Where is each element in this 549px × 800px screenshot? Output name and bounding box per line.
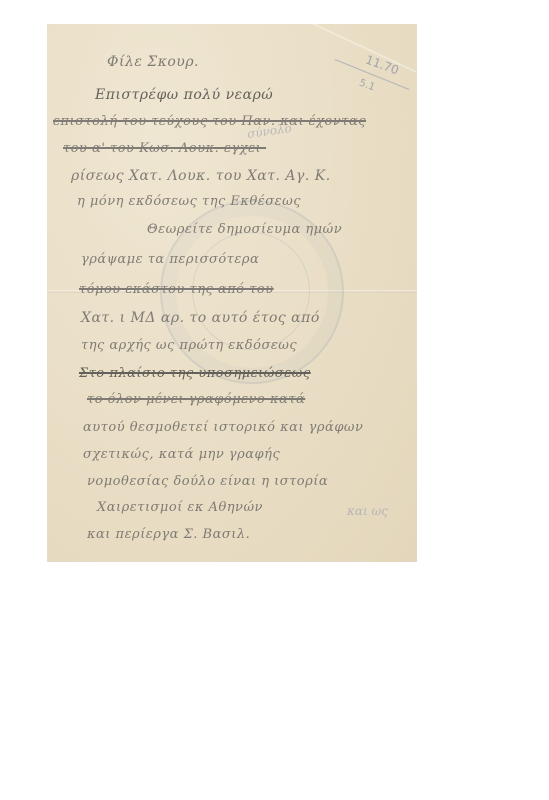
letter-line-11: Στο πλαίσιο της υποσημειώσεως [79, 366, 311, 381]
struck-word: Στο πλαίσιο της υποσημειώσεως [79, 366, 311, 381]
letter-line-9: Χατ. ι ΜΔ αρ. το αυτό έτος από [81, 310, 320, 326]
letter-line-6: Θεωρείτε δημοσίευμα ημών [147, 222, 342, 237]
letter-line-16: Χαιρετισμοί εκ Αθηνών [97, 500, 263, 515]
letter-line-14: σχετικώς, κατά μην γραφής [83, 447, 280, 462]
letter-line-2: επιστολή του τεύχους του Παν. και έχοντα… [53, 114, 366, 129]
letter-line-17: και περίεργα Σ. Βασιλ. [87, 527, 250, 542]
letter-line-4: ρίσεως Χατ. Λουκ. του Χατ. Αγ. Κ. [71, 168, 331, 184]
letter-line-10: της αρχής ως πρώτη εκδόσεως [81, 338, 297, 353]
letter-line-15: νομοθεσίας δούλο είναι η ιστορία [87, 474, 328, 489]
letter-line-3: του α' του Κωσ. Λουκ. εγχει- [63, 141, 266, 156]
struck-word: τόμου εκάστου της από του [79, 282, 274, 297]
letter-line-13: αυτού θεσμοθετεί ιστορικό και γράφων [83, 420, 363, 435]
scanned-letter-page: 11.70 5.1 Φίλε Σκουρ. Επιστρέφω πολύ νεα… [47, 24, 417, 562]
struck-word: επιστολή του τεύχους του Παν. και έχοντα… [53, 114, 366, 129]
letter-line-8: τόμου εκάστου της από του [79, 282, 274, 297]
struck-word: του α' του Κωσ. Λουκ. εγχει- [63, 141, 266, 156]
side-note: 5.1 [358, 78, 377, 94]
letter-line-12: το όλον μένει γραφόμενο κατά [87, 392, 305, 407]
letter-line-5: η μόνη εκδόσεως της Εκθέσεως [77, 194, 301, 209]
letter-line-7: γράψαμε τα περισσότερα [81, 252, 259, 267]
margin-scribble: και ως [347, 504, 388, 518]
struck-word: το όλον μένει γραφόμενο κατά [87, 392, 305, 407]
salutation: Φίλε Σκουρ. [107, 54, 199, 70]
letter-line-1: Επιστρέφω πολύ νεαρώ [95, 87, 273, 103]
